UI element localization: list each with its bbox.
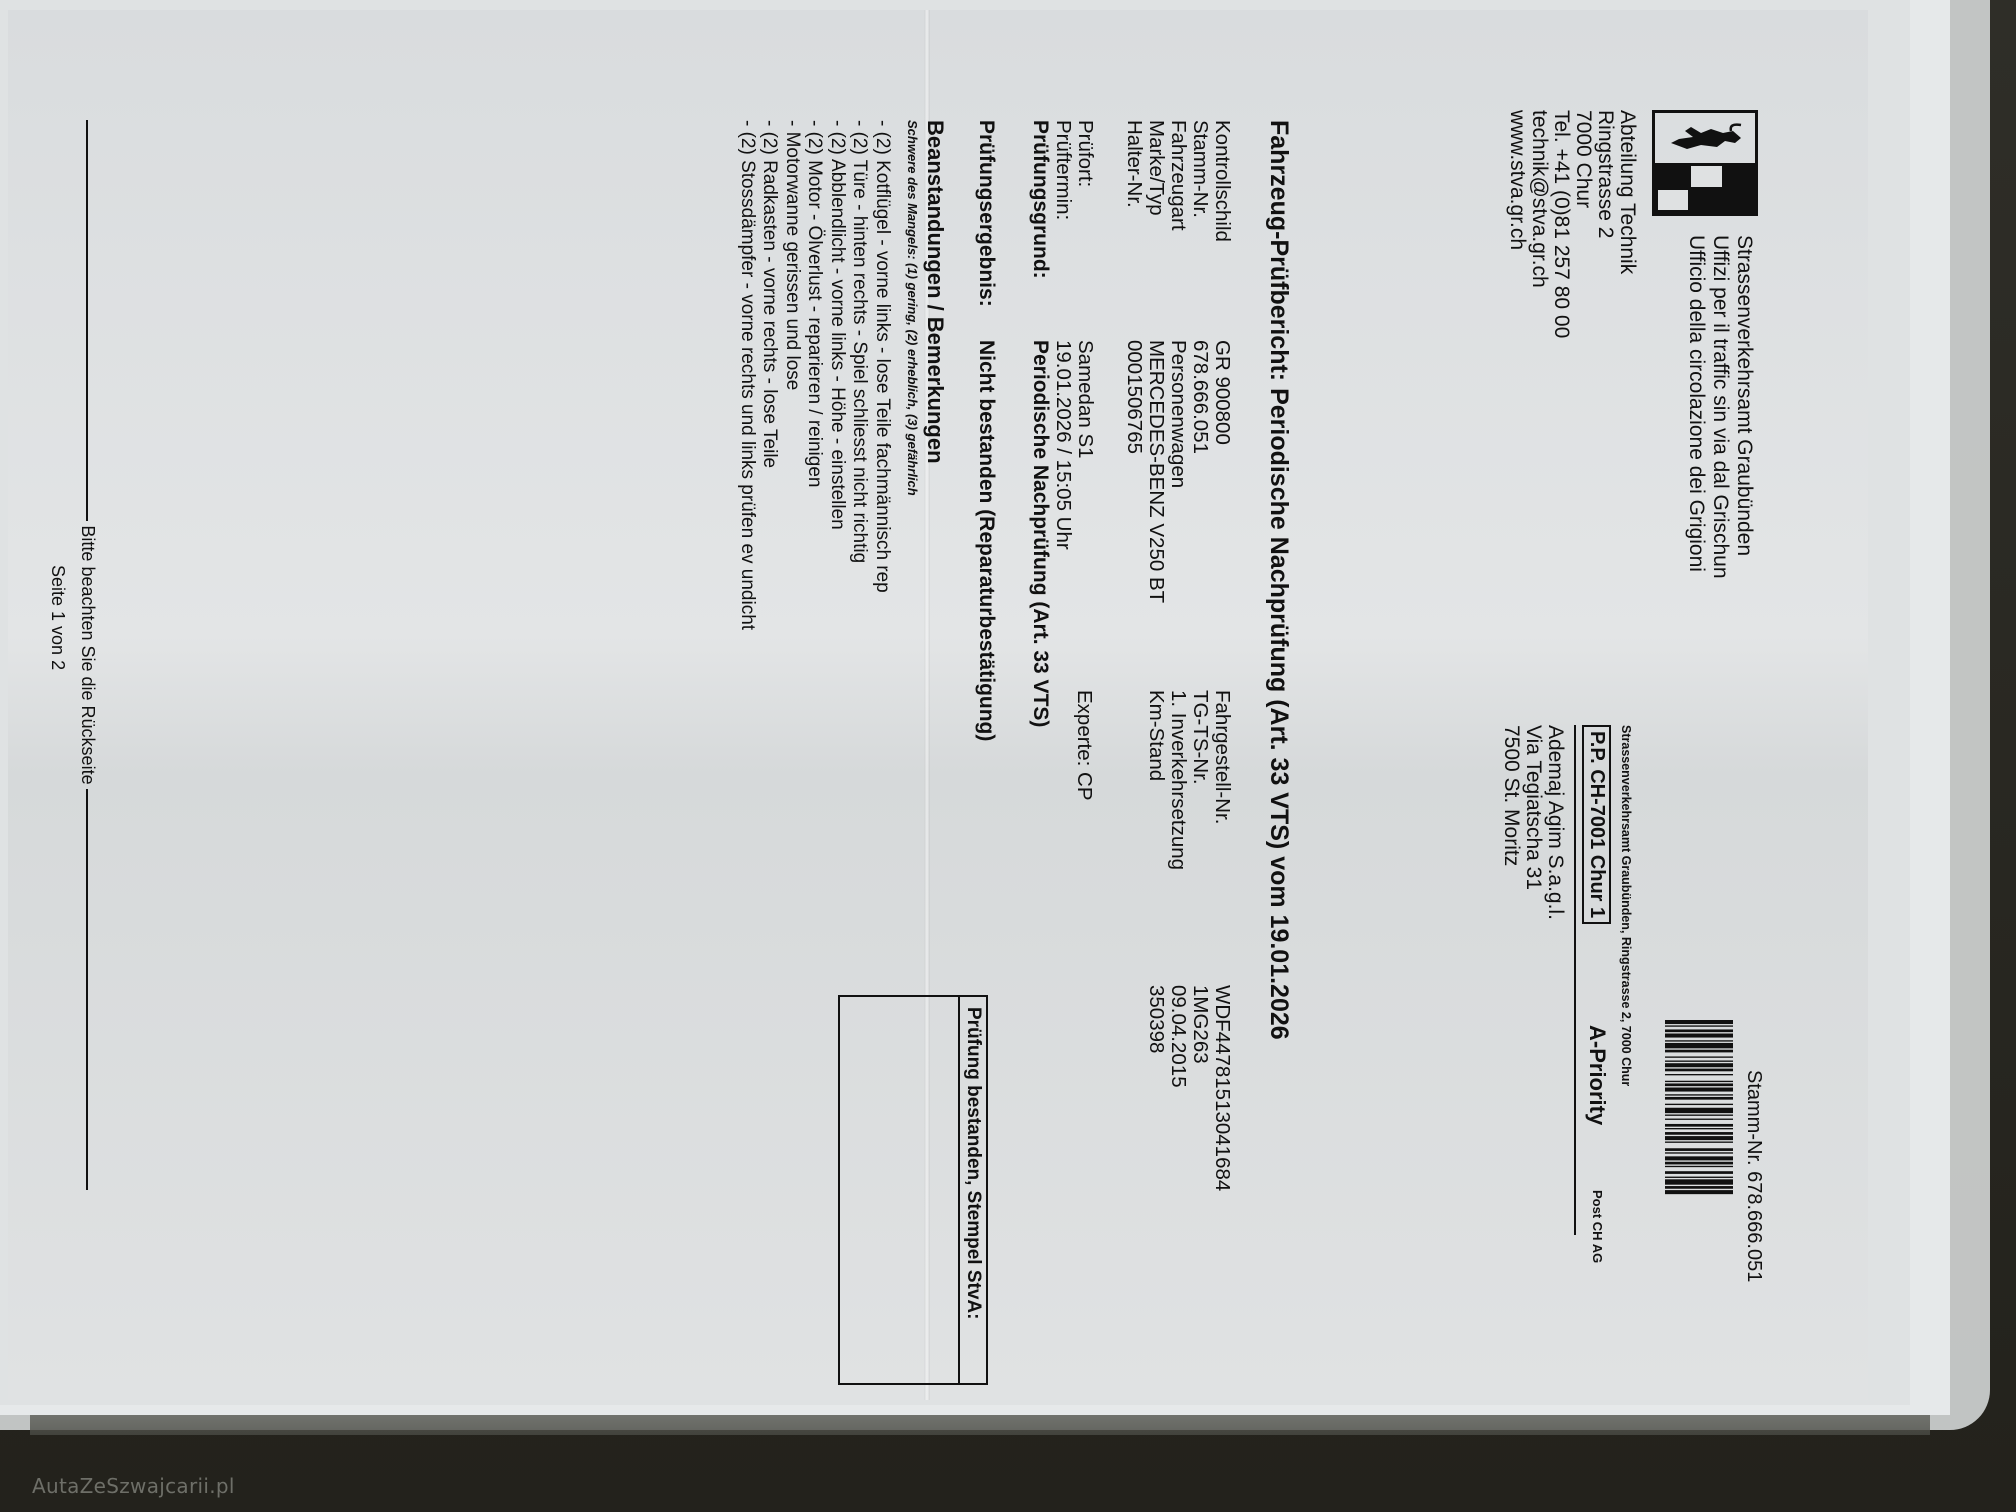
recipient-address: Ademaj Agim S.a.g.l. Via Tegiatscha 31 7… [1500,725,1566,920]
inspection-result-label: Prüfungsergebnis: [974,120,998,307]
page-number: Seite 1 von 2 [47,565,68,670]
footer-rule-left [87,120,89,521]
sender-return-line: Strassenverkehrsamt Graubünden, Ringstra… [1619,725,1633,1086]
footer-note: Bitte beachten Sie die Rückseite [77,120,98,1190]
severity-legend: Schwere des Mangels: (1) gering, (2) erh… [905,120,920,496]
stamp-box-label: Prüfung bestanden, Stempel StvA: [958,997,986,1383]
email-link[interactable]: technik@stva.gr.ch [1528,110,1550,338]
odometer-value: 350398 [1145,985,1167,1191]
vehicle-values-left: GR 900800 678.666.051 Personenwagen MERC… [1123,340,1233,603]
graubuenden-coat-of-arms-icon [1652,110,1758,216]
list-item: - (2) Türe - hinten rechts - Spiel schli… [848,120,871,630]
office-name: Strassenverkehrsamt Graubünden Uffizi pe… [1684,235,1756,579]
vehicle-labels-right: Fahrgestell-Nr. TG-TS-Nr. 1. Inverkehrse… [1145,690,1233,870]
footer-rule-right [87,789,89,1190]
inspection-place-values: Samedan S1 19.01.2026 / 15:05 Uhr [1052,340,1096,550]
list-item: - (2) Abblendlicht - vorne links - Höhe … [826,120,849,630]
first-registration-value: 09.04.2015 [1167,985,1189,1191]
inspection-place-labels: Prüfort: Prüftermin: [1052,120,1096,220]
inspection-reason-value: Periodische Nachprüfung (Art. 33 VTS) [1028,340,1052,727]
watermark: AutaZeSzwajcarii.pl [32,1474,235,1498]
vin-value: WDF44781513041684 [1211,985,1233,1191]
stamp-box: Prüfung bestanden, Stempel StvA: [838,995,988,1385]
barcode-label: Stamm-Nr. 678.666.051 [1742,1070,1765,1282]
footer-note-text: Bitte beachten Sie die Rückseite [77,521,98,788]
department-address: Abteilung Technik Ringstrasse 2 7000 Chu… [1506,110,1638,338]
pp-postage-box: P.P. CH-7001 Chur 1 [1582,725,1611,924]
list-item: - (2) Stossdämpfer - vorne rechts und li… [736,120,759,630]
inspection-location: Samedan S1 [1074,340,1096,550]
list-item: - (2) Motor - Ölverlust - reparieren / r… [803,120,826,630]
list-item: - Motorwanne gerissen und lose [781,120,804,630]
barcode [1665,1020,1733,1290]
carrier-label: Post CH AG [1590,1190,1605,1263]
document-stage: Strassenverkehrsamt Graubünden Uffizi pe… [8,10,1868,1400]
vehicle-type-value: Personenwagen [1167,340,1189,603]
holder-nr-value: 0001506765 [1123,340,1145,603]
list-item: - (2) Radkasten - vorne rechts - lose Te… [758,120,781,630]
make-model-value: MERCEDES-BENZ V250 BT [1145,340,1167,603]
website-link[interactable]: www.stva.gr.ch [1506,110,1528,338]
inspection-reason-label: Prüfungsgrund: [1028,120,1052,279]
vehicle-labels-left: Kontrollschild Stamm-Nr. Fahrzeugart Mar… [1123,120,1233,242]
ibex-icon [1667,121,1745,155]
stamm-nr-value: 678.666.051 [1189,340,1211,603]
priority-label: A-Priority [1584,1025,1610,1125]
list-item: - (2) Kotflügel - vorne links - lose Tei… [871,120,894,630]
report-title: Fahrzeug-Prüfbericht: Periodische Nachpr… [1264,120,1293,1040]
defects-title: Beanstandungen / Bemerkungen [922,120,948,464]
address-divider [1574,725,1576,1235]
inspection-report-page: Strassenverkehrsamt Graubünden Uffizi pe… [8,10,1868,1400]
defects-list: - (2) Kotflügel - vorne links - lose Tei… [736,120,894,630]
tg-ts-value: 1MG263 [1189,985,1211,1191]
inspection-result-value: Nicht bestanden (Reparaturbestätigung) [974,340,998,741]
expert-label: Experte: CP [1072,690,1096,801]
vehicle-values-right: WDF44781513041684 1MG263 09.04.2015 3503… [1145,985,1233,1191]
inspection-datetime: 19.01.2026 / 15:05 Uhr [1052,340,1074,550]
license-plate-value: GR 900800 [1211,340,1233,603]
